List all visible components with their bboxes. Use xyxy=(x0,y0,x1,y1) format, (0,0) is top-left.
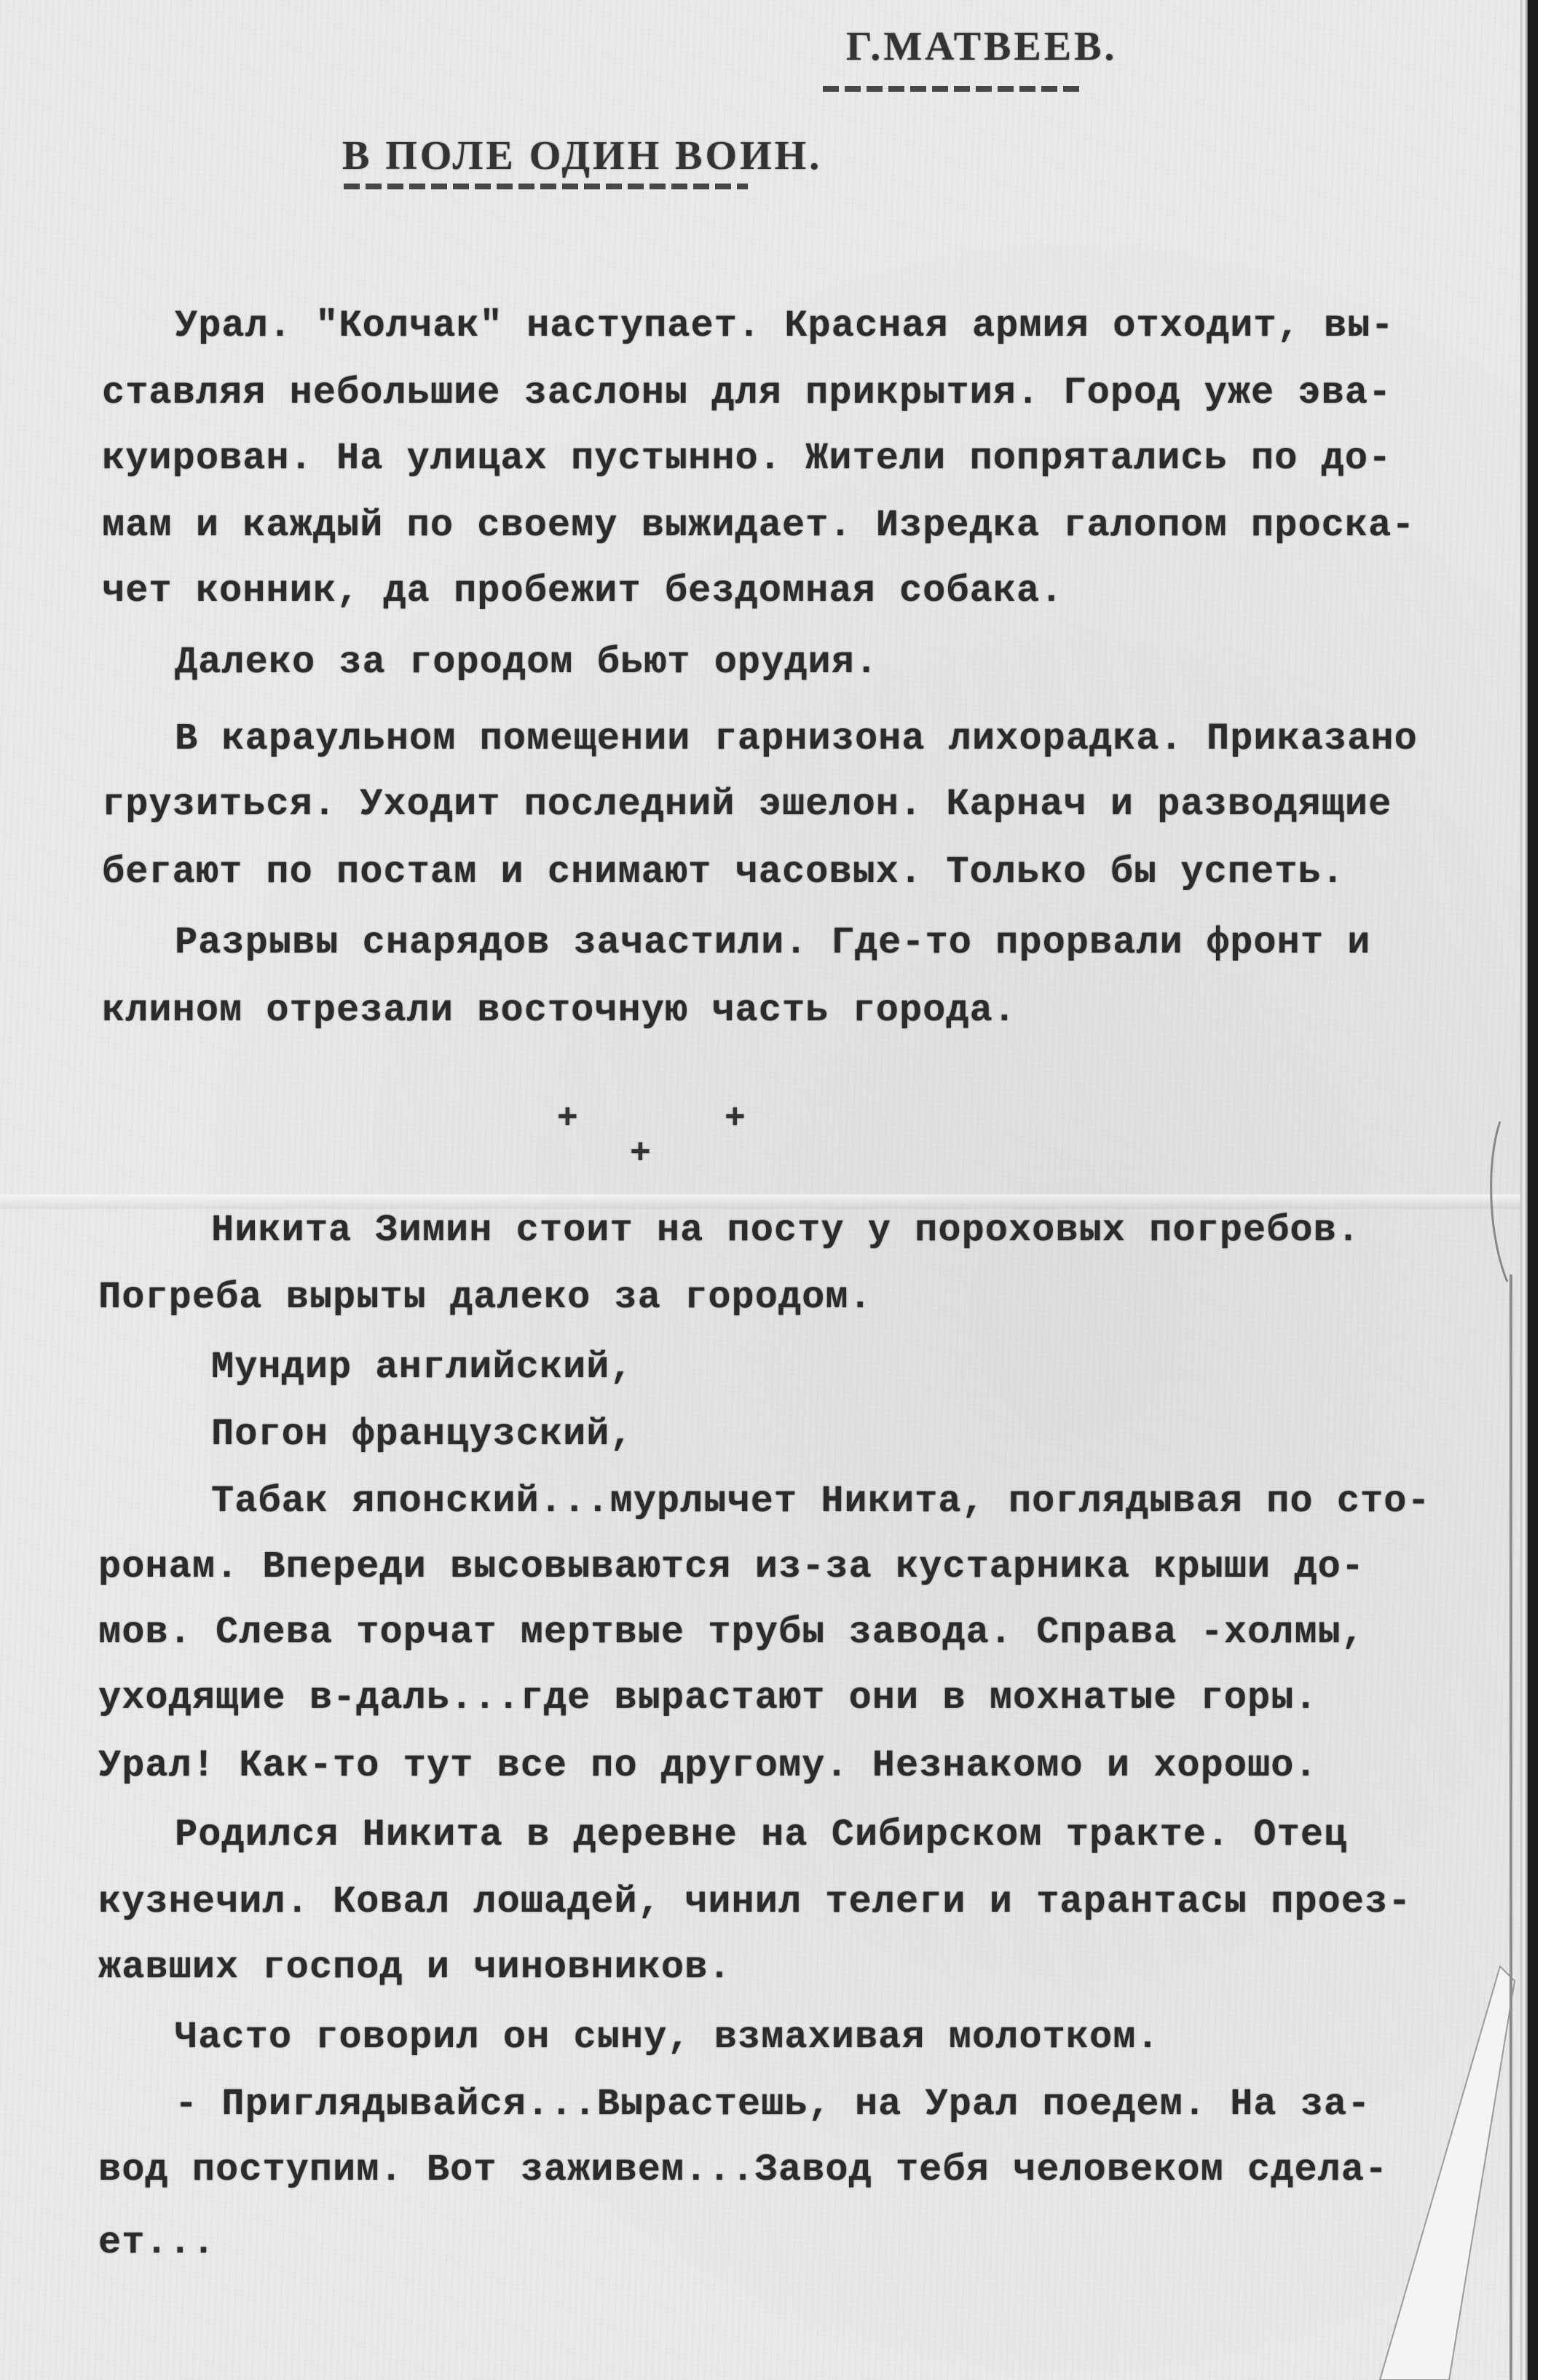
text-line: Далеко за городом бьют орудия. xyxy=(175,641,878,684)
text-line: Урал! Как-то тут все по другому. Незнако… xyxy=(98,1744,1318,1787)
text-line: мам и каждый по своему выжидает. Изредка… xyxy=(102,504,1415,547)
text-line: Табак японский...мурлычет Никита, погляд… xyxy=(211,1480,1431,1523)
text-line: Разрывы снарядов зачастили. Где-то прорв… xyxy=(175,921,1370,964)
text-line: бегают по постам и снимают часовых. Толь… xyxy=(102,851,1345,894)
text-line: вод поступим. Вот заживем...Завод тебя ч… xyxy=(98,2148,1388,2191)
text-line: Никита Зимин стоит на посту у пороховых … xyxy=(211,1209,1360,1252)
author-name: Г.МАТВЕЕВ. xyxy=(846,23,1117,70)
text-line: ет... xyxy=(98,2221,216,2264)
page-edge-shadow xyxy=(1520,0,1528,2380)
text-line: кузнечил. Ковал лошадей, чинил телеги и … xyxy=(98,1880,1411,1923)
section-separator-mark: + xyxy=(630,1135,652,1174)
text-line: Погон французский, xyxy=(211,1413,634,1456)
text-line: ставляя небольшие заслоны для прикрытия.… xyxy=(102,371,1392,414)
text-line: уходящие в-даль...где вырастают они в мо… xyxy=(98,1676,1318,1719)
text-line: Родился Никита в деревне на Сибирском тр… xyxy=(175,1813,1347,1856)
section-separator-mark: + xyxy=(725,1100,746,1139)
text-line: ронам. Впереди высовываются из-за кустар… xyxy=(98,1545,1365,1588)
section-separator-mark: + xyxy=(557,1100,579,1139)
text-line: В караульном помещении гарнизона лихорад… xyxy=(175,717,1418,760)
text-line: Часто говорил он сыну, взмахивая молотко… xyxy=(175,2016,1160,2059)
text-line: клином отрезали восточную часть города. xyxy=(102,989,1017,1032)
scan-border xyxy=(1528,0,1538,2380)
text-line: Урал. "Колчак" наступает. Красная армия … xyxy=(175,304,1394,347)
text-line: жавших господ и чиновников. xyxy=(98,1946,732,1989)
text-line: куирован. На улицах пустынно. Жители поп… xyxy=(102,437,1392,480)
text-line: чет конник, да пробежит бездомная собака… xyxy=(102,570,1063,612)
text-line: мов. Слева торчат мертвые трубы завода. … xyxy=(98,1611,1365,1654)
text-line: - Приглядывайся...Вырастешь, на Урал пое… xyxy=(175,2083,1370,2126)
text-line: Мундир английский, xyxy=(211,1346,634,1389)
title-underline xyxy=(344,184,748,189)
text-line: грузиться. Уходит последний эшелон. Карн… xyxy=(102,783,1392,826)
text-line: Погреба вырыты далеко за городом. xyxy=(98,1276,872,1319)
author-underline xyxy=(823,86,1085,92)
story-title: В ПОЛЕ ОДИН ВОИН. xyxy=(342,133,822,179)
